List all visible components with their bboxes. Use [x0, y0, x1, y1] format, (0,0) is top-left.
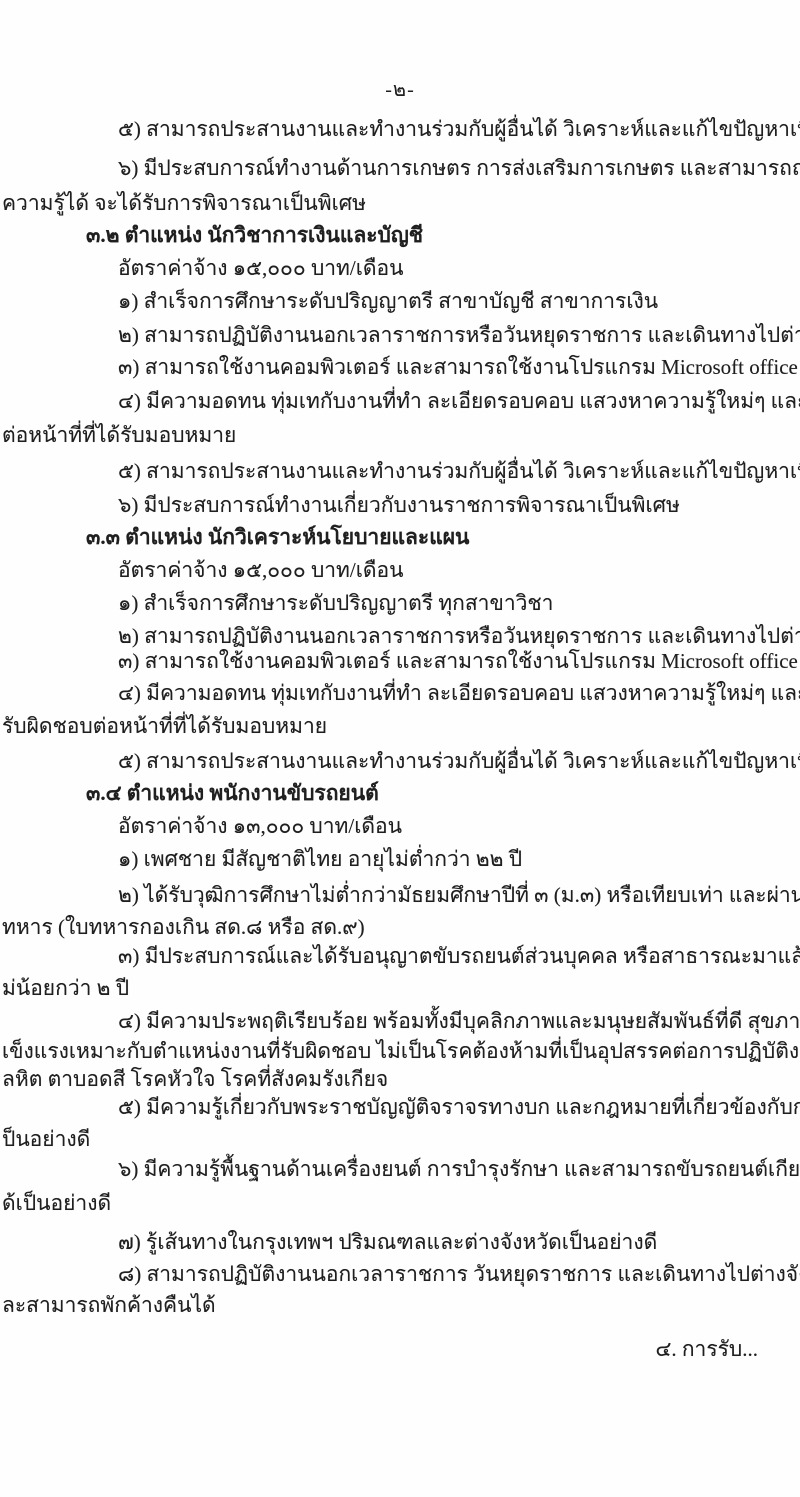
continuation-marker: ๔. การรับ...	[655, 1336, 758, 1362]
clause-3-2-3: ๓) สามารถใช้งานคอมพิวเตอร์ และสามารถใช้ง…	[118, 354, 800, 380]
section-3-3-header: ๓.๓ ตำแหน่ง นักวิเคราะห์นโยบายและแผน	[86, 524, 469, 550]
clause-3-3-4: ๔) มีความอดทน ทุ่มเทกับงานที่ทำ ละเอียดร…	[118, 680, 800, 706]
clause-3-2-4-wrap: ต่อหน้าที่ที่ได้รับมอบหมาย	[2, 422, 236, 448]
clause-3-4-5-wrap: ป็นอย่างดี	[2, 1126, 90, 1152]
page-number: -๒-	[0, 78, 800, 103]
section-3-2-header: ๓.๒ ตำแหน่ง นักวิชาการเงินและบัญชี	[86, 222, 423, 248]
clause-3-4-8-wrap: ละสามารถพักค้างคืนได้	[2, 1292, 216, 1318]
document-page: -๒- ๕) สามารถประสานงานและทำงานร่วมกับผู้…	[0, 0, 800, 1497]
clause-3-4-4-wrap2: ลหิต ตาบอดสี โรคหัวใจ โรคที่สังคมรังเกีย…	[2, 1066, 388, 1092]
clause-3-3-1: ๑) สำเร็จการศึกษาระดับปริญญาตรี ทุกสาขาว…	[118, 590, 553, 616]
clause-3-4-6: ๖) มีความรู้พื้นฐานด้านเครื่องยนต์ การบำ…	[118, 1156, 800, 1182]
clause-3-2-5: ๕) สามารถประสานงานและทำงานร่วมกับผู้อื่น…	[118, 458, 800, 484]
clause-3-4-1: ๑) เพศชาย มีสัญชาติไทย อายุไม่ต่ำกว่า ๒๒…	[118, 846, 522, 872]
clause-3-2-6: ๖) มีประสบการณ์ทำงานเกี่ยวกับงานราชการพิ…	[118, 492, 680, 518]
clause-agri-6: ๖) มีประสบการณ์ทำงานด้านการเกษตร การส่งเ…	[118, 155, 800, 181]
clause-3-3-2: ๒) สามารถปฏิบัติงานนอกเวลาราชการหรือวันห…	[118, 623, 800, 649]
section-3-4-salary: อัตราค่าจ้าง ๑๓,๐๐๐ บาท/เดือน	[118, 813, 402, 839]
clause-3-4-4: ๔) มีความประพฤติเรียบร้อย พร้อมทั้งมีบุค…	[118, 1008, 800, 1034]
clause-3-3-5: ๕) สามารถประสานงานและทำงานร่วมกับผู้อื่น…	[118, 748, 800, 774]
clause-3-4-2: ๒) ได้รับวุฒิการศึกษาไม่ต่ำกว่ามัธยมศึกษ…	[118, 882, 800, 908]
clause-3-4-8: ๘) สามารถปฏิบัติงานนอกเวลาราชการ วันหยุด…	[118, 1261, 800, 1287]
clause-3-4-6-wrap: ด้เป็นอย่างดี	[2, 1190, 111, 1216]
clause-3-3-3: ๓) สามารถใช้งานคอมพิวเตอร์ และสามารถใช้ง…	[118, 648, 800, 674]
clause-3-4-2-wrap: ทหาร (ใบทหารกองเกิน สด.๘ หรือ สด.๙)	[2, 914, 365, 940]
section-3-3-salary: อัตราค่าจ้าง ๑๕,๐๐๐ บาท/เดือน	[118, 557, 404, 583]
clause-3-2-4: ๔) มีความอดทน ทุ่มเทกับงานที่ทำ ละเอียดร…	[118, 388, 800, 414]
clause-3-4-7: ๗) รู้เส้นทางในกรุงเทพฯ ปริมณฑลและต่างจั…	[118, 1229, 657, 1255]
section-3-4-header: ๓.๔ ตำแหน่ง พนักงานขับรถยนต์	[86, 780, 379, 806]
clause-3-4-5: ๕) มีความรู้เกี่ยวกับพระราชบัญญัติจราจรท…	[118, 1094, 800, 1120]
clause-3-3-4-wrap: รับผิดชอบต่อหน้าที่ที่ได้รับมอบหมาย	[2, 713, 327, 739]
clause-agri-5: ๕) สามารถประสานงานและทำงานร่วมกับผู้อื่น…	[118, 116, 800, 142]
clause-3-4-3: ๓) มีประสบการณ์และได้รับอนุญาตขับรถยนต์ส…	[118, 943, 800, 969]
clause-3-4-3-wrap: ม่น้อยกว่า ๒ ปี	[2, 975, 129, 1001]
clause-3-2-1: ๑) สำเร็จการศึกษาระดับปริญญาตรี สาขาบัญช…	[118, 288, 658, 314]
clause-3-4-4-wrap1: เข็งแรงเหมาะกับตำแหน่งงานที่รับผิดชอบ ไม…	[2, 1038, 800, 1064]
section-3-2-salary: อัตราค่าจ้าง ๑๕,๐๐๐ บาท/เดือน	[118, 255, 404, 281]
clause-agri-6-wrap: ความรู้ได้ จะได้รับการพิจารณาเป็นพิเศษ	[2, 190, 366, 216]
clause-3-2-2: ๒) สามารถปฏิบัติงานนอกเวลาราชการหรือวันห…	[118, 322, 800, 348]
